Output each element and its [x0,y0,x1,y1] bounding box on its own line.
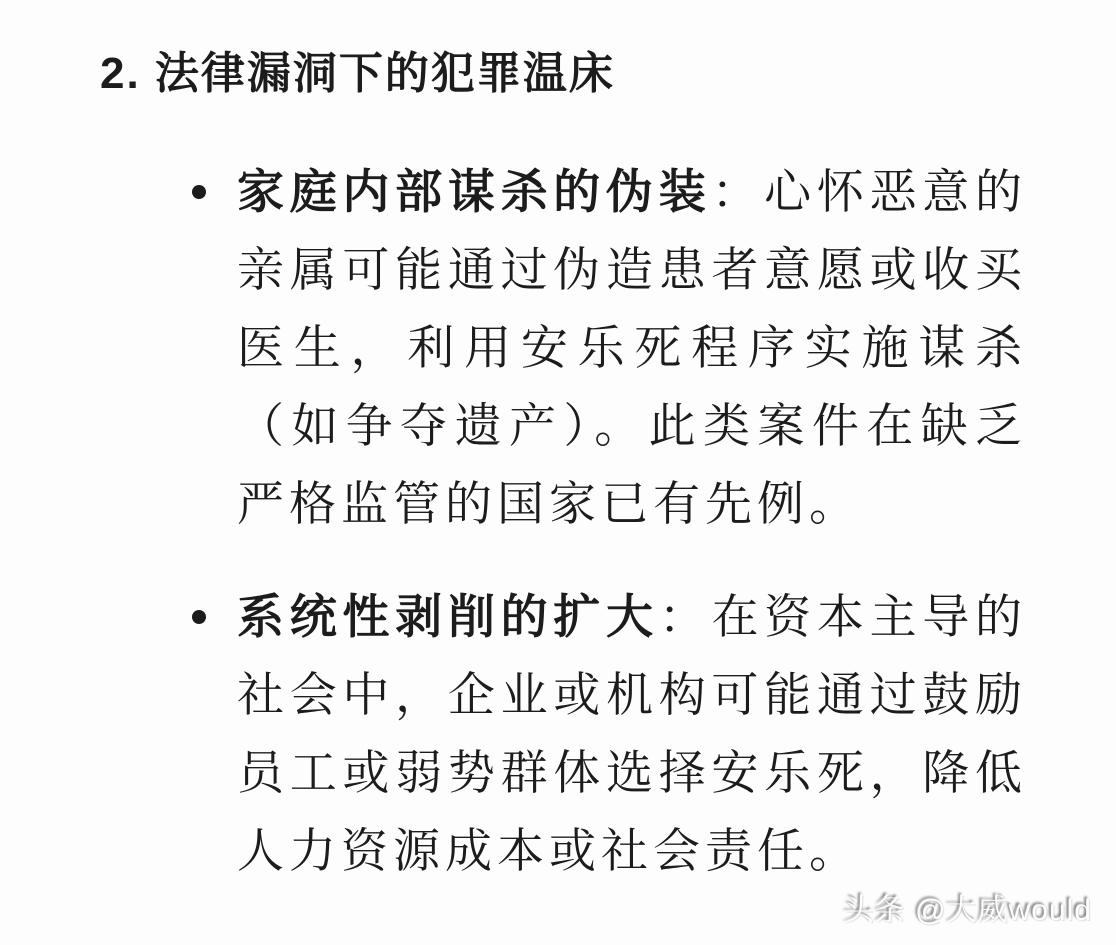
bullet-separator: ： [711,165,764,218]
section-heading: 2. 法律漏洞下的犯罪温床 [100,50,1116,98]
bullet-list: 家庭内部谋杀的伪装：心怀恶意的亲属可能通过伪造患者意愿或收买医生，利用安乐死程序… [190,153,1116,890]
bullet-separator: ： [659,590,712,643]
list-item: 家庭内部谋杀的伪装：心怀恶意的亲属可能通过伪造患者意愿或收买医生，利用安乐死程序… [190,153,1027,543]
bullet-dot-icon [192,185,206,199]
bullet-dot-icon [192,610,206,624]
bullet-term: 系统性剥削的扩大 [237,590,659,643]
watermark: 头条 @大威would [844,885,1092,929]
list-item: 系统性剥削的扩大：在资本主导的社会中，企业或机构可能通过鼓励员工或弱势群体选择安… [190,578,1027,890]
bullet-term: 家庭内部谋杀的伪装 [237,165,711,218]
bullet-description: 心怀恶意的亲属可能通过伪造患者意愿或收买医生，利用安乐死程序实施谋杀（如争夺遗产… [237,165,1027,530]
article-text-block: 2. 法律漏洞下的犯罪温床 家庭内部谋杀的伪装：心怀恶意的亲属可能通过伪造患者意… [0,50,1116,890]
